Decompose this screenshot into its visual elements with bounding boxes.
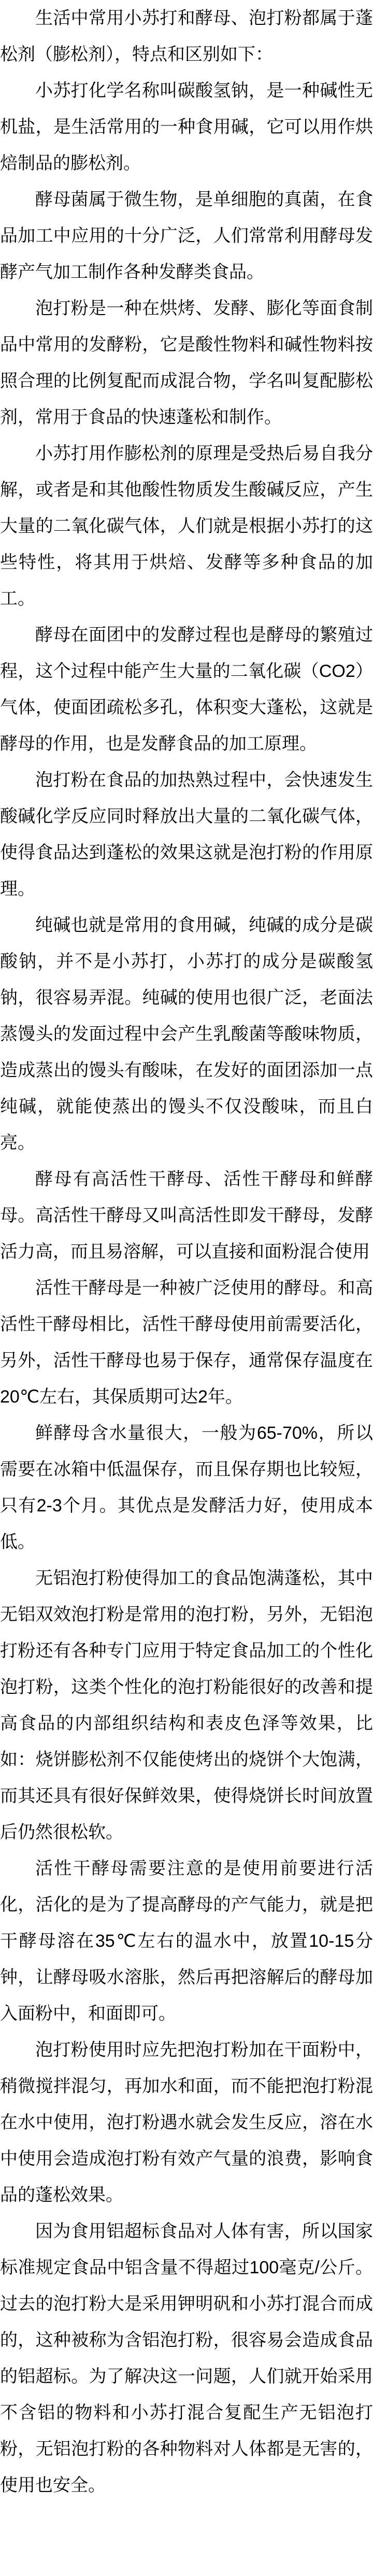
paragraph-baking-soda-principle: 小苏打用作膨松剂的原理是受热后易自我分解，或者是和其他酸性物质发生酸碱反应，产生… <box>0 435 373 617</box>
paragraph-yeast-principle: 酵母在面团中的发酵过程也是酵母的繁殖过程，这个过程中能产生大量的二氧化碳（CO2… <box>0 617 373 762</box>
paragraph-active-dry-yeast: 活性干酵母是一种被广泛使用的酵母。和高活性干酵母相比，活性干酵母使用前需要活化，… <box>0 1270 373 1415</box>
paragraph-fresh-yeast: 鲜酵母含水量很大，一般为65-70%，所以需要在冰箱中低温保存，而且保存期也比较… <box>0 1415 373 1560</box>
paragraph-yeast-types: 酵母有高活性干酵母、活性干酵母和鲜酵母。高活性干酵母又叫高活性即发干酵母，发酵活… <box>0 1161 373 1270</box>
paragraph-yeast-definition: 酵母菌属于微生物，是单细胞的真菌，在食品加工中应用的十分广泛，人们常常利用酵母发… <box>0 181 373 290</box>
paragraph-baking-powder-definition: 泡打粉是一种在烘烤、发酵、膨化等面食制品中常用的发酵粉，它是酸性物料和碱性物料按… <box>0 290 373 435</box>
paragraph-aluminum-free-powder: 无铝泡打粉使得加工的食品饱满蓬松，其中无铝双效泡打粉是常用的泡打粉，另外，无铝泡… <box>0 1560 373 1850</box>
paragraph-baking-powder-principle: 泡打粉在食品的加热熟过程中，会快速发生酸碱化学反应同时释放出大量的二氧化碳气体，… <box>0 762 373 907</box>
paragraph-intro: 生活中常用小苏打和酵母、泡打粉都属于蓬松剂（膨松剂），特点和区别如下： <box>0 0 373 73</box>
paragraph-aluminum-limit: 因为食用铝超标食品对人体有害，所以国家标准规定食品中铝含量不得超过100毫克/公… <box>0 2213 373 2503</box>
document-page: 生活中常用小苏打和酵母、泡打粉都属于蓬松剂（膨松剂），特点和区别如下： 小苏打化… <box>0 0 373 2576</box>
paragraph-soda-ash: 纯碱也就是常用的食用碱，纯碱的成分是碳酸钠，并不是小苏打，小苏打的成分是碳酸氢钠… <box>0 907 373 1161</box>
paragraph-baking-soda-definition: 小苏打化学名称叫碳酸氢钠，是一种碱性无机盐，是生活常用的一种食用碱，它可以用作烘… <box>0 73 373 181</box>
paragraph-baking-powder-usage: 泡打粉使用时应先把泡打粉加在干面粉中，稍微搅拌混匀，再加水和面，而不能把泡打粉混… <box>0 2032 373 2213</box>
paragraph-yeast-activation: 活性干酵母需要注意的是使用前要进行活化，活化的是为了提高酵母的产气能力，就是把干… <box>0 1850 373 2032</box>
article-body: 生活中常用小苏打和酵母、泡打粉都属于蓬松剂（膨松剂），特点和区别如下： 小苏打化… <box>0 0 373 2503</box>
